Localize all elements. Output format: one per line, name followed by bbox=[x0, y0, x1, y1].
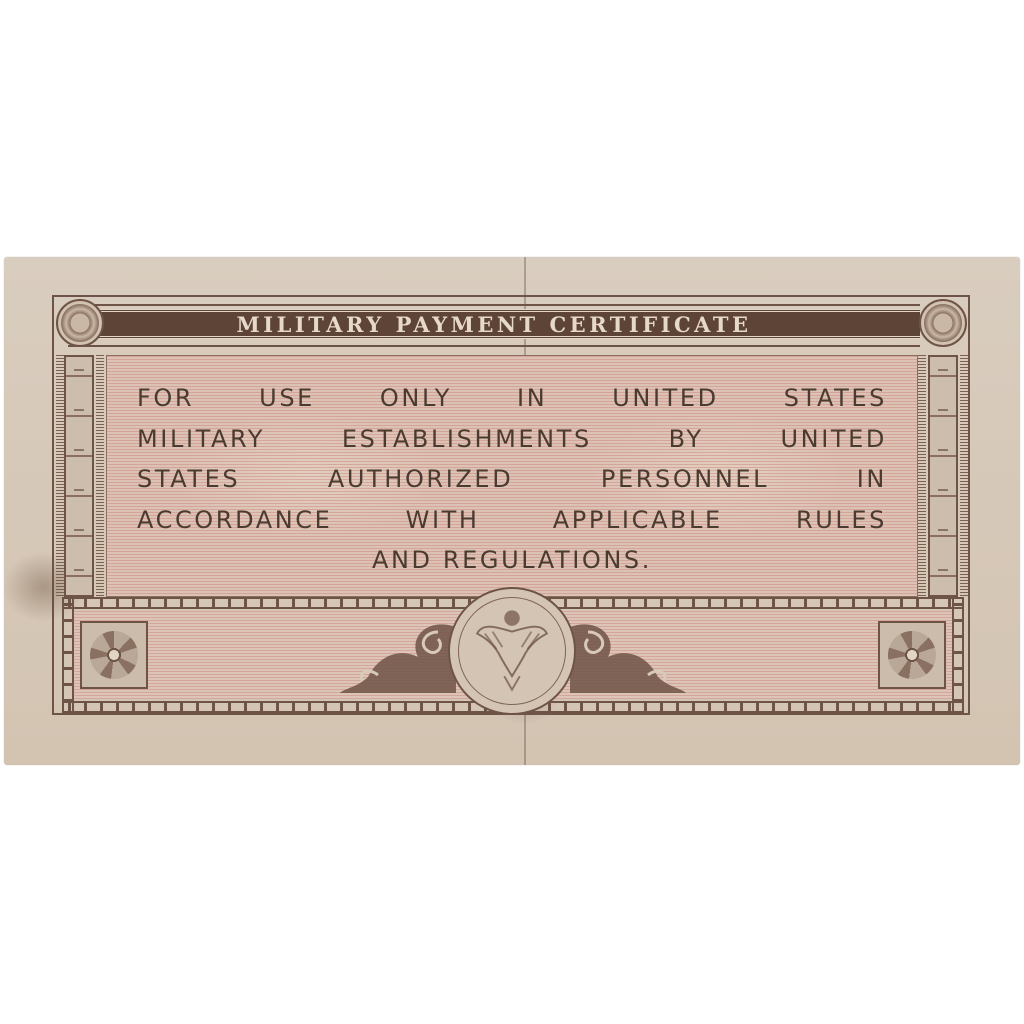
left-pillar bbox=[64, 355, 94, 597]
text-line: AND REGULATIONS. bbox=[137, 540, 887, 581]
header-title: MILITARY PAYMENT CERTIFICATE bbox=[237, 312, 752, 337]
certificate-text: FOR USE ONLY IN UNITED STATES MILITARY E… bbox=[137, 378, 887, 581]
right-hatch-inner bbox=[918, 355, 926, 597]
corner-medallion-icon bbox=[919, 299, 967, 347]
bead-border-right bbox=[952, 597, 964, 713]
header-band: MILITARY PAYMENT CERTIFICATE bbox=[68, 309, 920, 339]
scrollwork-right-icon bbox=[568, 607, 688, 697]
left-hatch bbox=[56, 355, 64, 597]
scrollwork-left-icon bbox=[338, 607, 458, 697]
bottom-band bbox=[62, 597, 964, 713]
bead-border-left bbox=[62, 597, 74, 713]
rosette-icon bbox=[80, 621, 148, 689]
text-panel: FOR USE ONLY IN UNITED STATES MILITARY E… bbox=[106, 355, 918, 597]
header-bottom-rule bbox=[68, 345, 920, 347]
right-hatch bbox=[960, 355, 968, 597]
text-line: MILITARY ESTABLISHMENTS BY UNITED bbox=[137, 419, 887, 460]
right-pillar bbox=[928, 355, 958, 597]
rosette-icon bbox=[878, 621, 946, 689]
left-hatch-inner bbox=[96, 355, 104, 597]
top-rule bbox=[68, 304, 920, 306]
text-line: STATES AUTHORIZED PERSONNEL IN bbox=[137, 459, 887, 500]
military-payment-certificate: MILITARY PAYMENT CERTIFICATE FOR USE ONL… bbox=[4, 257, 1020, 765]
eagle-seal-icon bbox=[448, 587, 576, 715]
corner-medallion-icon bbox=[56, 299, 104, 347]
text-line: ACCORDANCE WITH APPLICABLE RULES bbox=[137, 500, 887, 541]
text-line: FOR USE ONLY IN UNITED STATES bbox=[137, 378, 887, 419]
